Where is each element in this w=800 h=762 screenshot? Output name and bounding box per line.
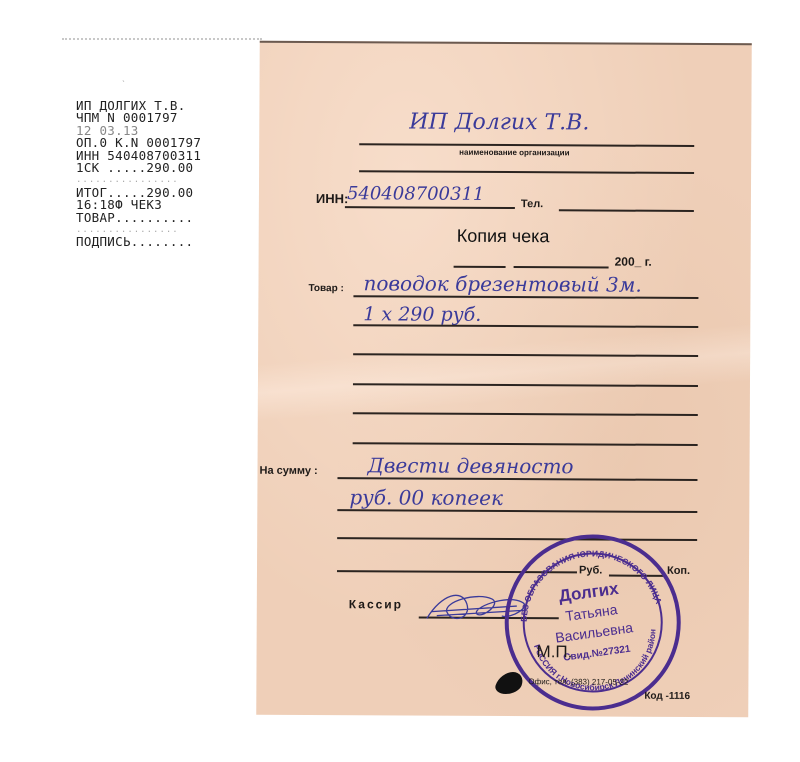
year-label: 200_ г. <box>615 255 652 269</box>
organization-line-2 <box>359 170 694 173</box>
sum-label: На сумму : <box>259 465 317 477</box>
date-month-line <box>514 266 609 268</box>
goods-line-6 <box>353 442 698 445</box>
phone-label: Тел. <box>521 198 543 210</box>
receipt-tear-edge <box>62 38 262 48</box>
receipt-signature: ПОДПИСЬ........ <box>76 236 246 248</box>
goods-line-1 <box>353 295 698 298</box>
sum-handwritten-2: руб. 00 копеек <box>349 485 503 510</box>
seal-placeholder-label: М.П. <box>537 642 573 662</box>
organization-caption: наименование организации <box>459 148 569 158</box>
footer-office: Офис, тел. (383) 217-05-22 <box>528 677 628 687</box>
goods-line-4 <box>353 383 698 386</box>
sum-handwritten-1: Двести девяносто <box>367 453 573 478</box>
receipt-goods: ТОВАР.......... <box>76 212 246 224</box>
footer-code: Код -1116 <box>644 691 690 702</box>
inn-line <box>345 206 515 208</box>
goods-label: Товар : <box>308 283 343 294</box>
goods-line-3 <box>353 353 698 356</box>
receipt-copy-form: ИП Долгих Т.В. наименование организации … <box>256 41 752 718</box>
document-title: Копия чека <box>457 226 550 247</box>
receipt-line: 1СК .....290.00 <box>76 162 246 174</box>
inn-handwritten: 540408700311 <box>347 183 485 205</box>
goods-handwritten-1: поводок брезентовый 3м. <box>363 271 641 296</box>
sum-line-1 <box>337 477 697 480</box>
organization-handwritten: ИП Долгих Т.В. <box>409 110 589 136</box>
goods-line-2 <box>353 324 698 327</box>
thermal-receipt: ИП ДОЛГИХ Т.В. ЧПМ N 0001797 12 03.13 ОП… <box>76 100 246 249</box>
goods-handwritten-2: 1 х 290 руб. <box>363 303 481 326</box>
receipt-mark: ˎ <box>122 72 125 83</box>
goods-line-5 <box>353 412 698 415</box>
cashier-label: Кассир <box>349 597 403 611</box>
sum-line-2 <box>337 509 697 512</box>
phone-line <box>559 209 694 211</box>
organization-line <box>359 143 694 146</box>
date-day-line <box>454 266 506 268</box>
inn-label: ИНН: <box>316 191 349 206</box>
